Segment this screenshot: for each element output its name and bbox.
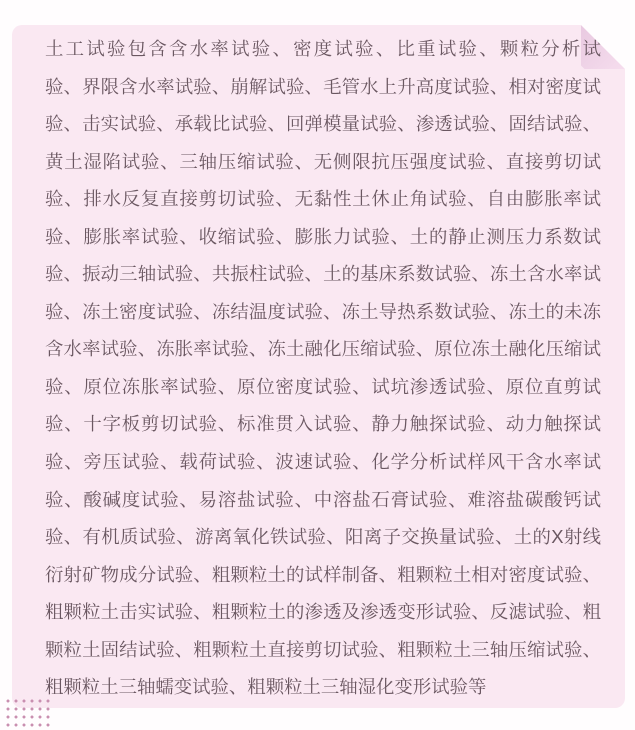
text-line: 验、酸碱度试验、易溶盐试验、中溶盐石膏试验、难溶盐碳酸钙试 — [45, 481, 601, 519]
text-line: 验、振动三轴试验、共振柱试验、土的基床系数试验、冻土含水率试 — [45, 255, 601, 293]
text-line: 黄土湿陷试验、三轴压缩试验、无侧限抗压强度试验、直接剪切试 — [45, 143, 601, 181]
text-line: 含水率试验、冻胀率试验、冻土融化压缩试验、原位冻土融化压缩试 — [45, 330, 601, 368]
document-text: 土工试验包含含水率试验、密度试验、比重试验、颗粒分析试 验、界限含水率试验、崩解… — [45, 30, 601, 706]
text-line: 验、冻土密度试验、冻结温度试验、冻土导热系数试验、冻土的未冻 — [45, 293, 601, 331]
text-line: 土工试验包含含水率试验、密度试验、比重试验、颗粒分析试 — [45, 30, 601, 68]
text-line: 验、膨胀率试验、收缩试验、膨胀力试验、土的静止测压力系数试 — [45, 218, 601, 256]
text-line: 验、击实试验、承载比试验、回弹模量试验、渗透试验、固结试验、 — [45, 105, 601, 143]
text-line: 验、排水反复直接剪切试验、无黏性土休止角试验、自由膨胀率试 — [45, 180, 601, 218]
text-line: 粗颗粒土三轴蠕变试验、粗颗粒土三轴湿化变形试验等 — [45, 668, 601, 706]
text-line: 验、十字板剪切试验、标准贯入试验、静力触探试验、动力触探试 — [45, 405, 601, 443]
text-line: 验、界限含水率试验、崩解试验、毛管水上升高度试验、相对密度试 — [45, 68, 601, 106]
text-line: 粗颗粒土击实试验、粗颗粒土的渗透及渗透变形试验、反滤试验、粗 — [45, 593, 601, 631]
document-card: 土工试验包含含水率试验、密度试验、比重试验、颗粒分析试 验、界限含水率试验、崩解… — [12, 25, 625, 708]
text-line: 颗粒土固结试验、粗颗粒土直接剪切试验、粗颗粒土三轴压缩试验、 — [45, 631, 601, 669]
text-line: 验、原位冻胀率试验、原位密度试验、试坑渗透试验、原位直剪试 — [45, 368, 601, 406]
text-line: 验、旁压试验、载荷试验、波速试验、化学分析试样风干含水率试 — [45, 443, 601, 481]
dot-grid-decoration — [3, 696, 50, 730]
text-line: 衍射矿物成分试验、粗颗粒土的试样制备、粗颗粒土相对密度试验、 — [45, 556, 601, 594]
text-line: 验、有机质试验、游离氧化铁试验、阳离子交换量试验、土的X射线 — [45, 518, 601, 556]
page-background: 土工试验包含含水率试验、密度试验、比重试验、颗粒分析试 验、界限含水率试验、崩解… — [0, 0, 635, 730]
